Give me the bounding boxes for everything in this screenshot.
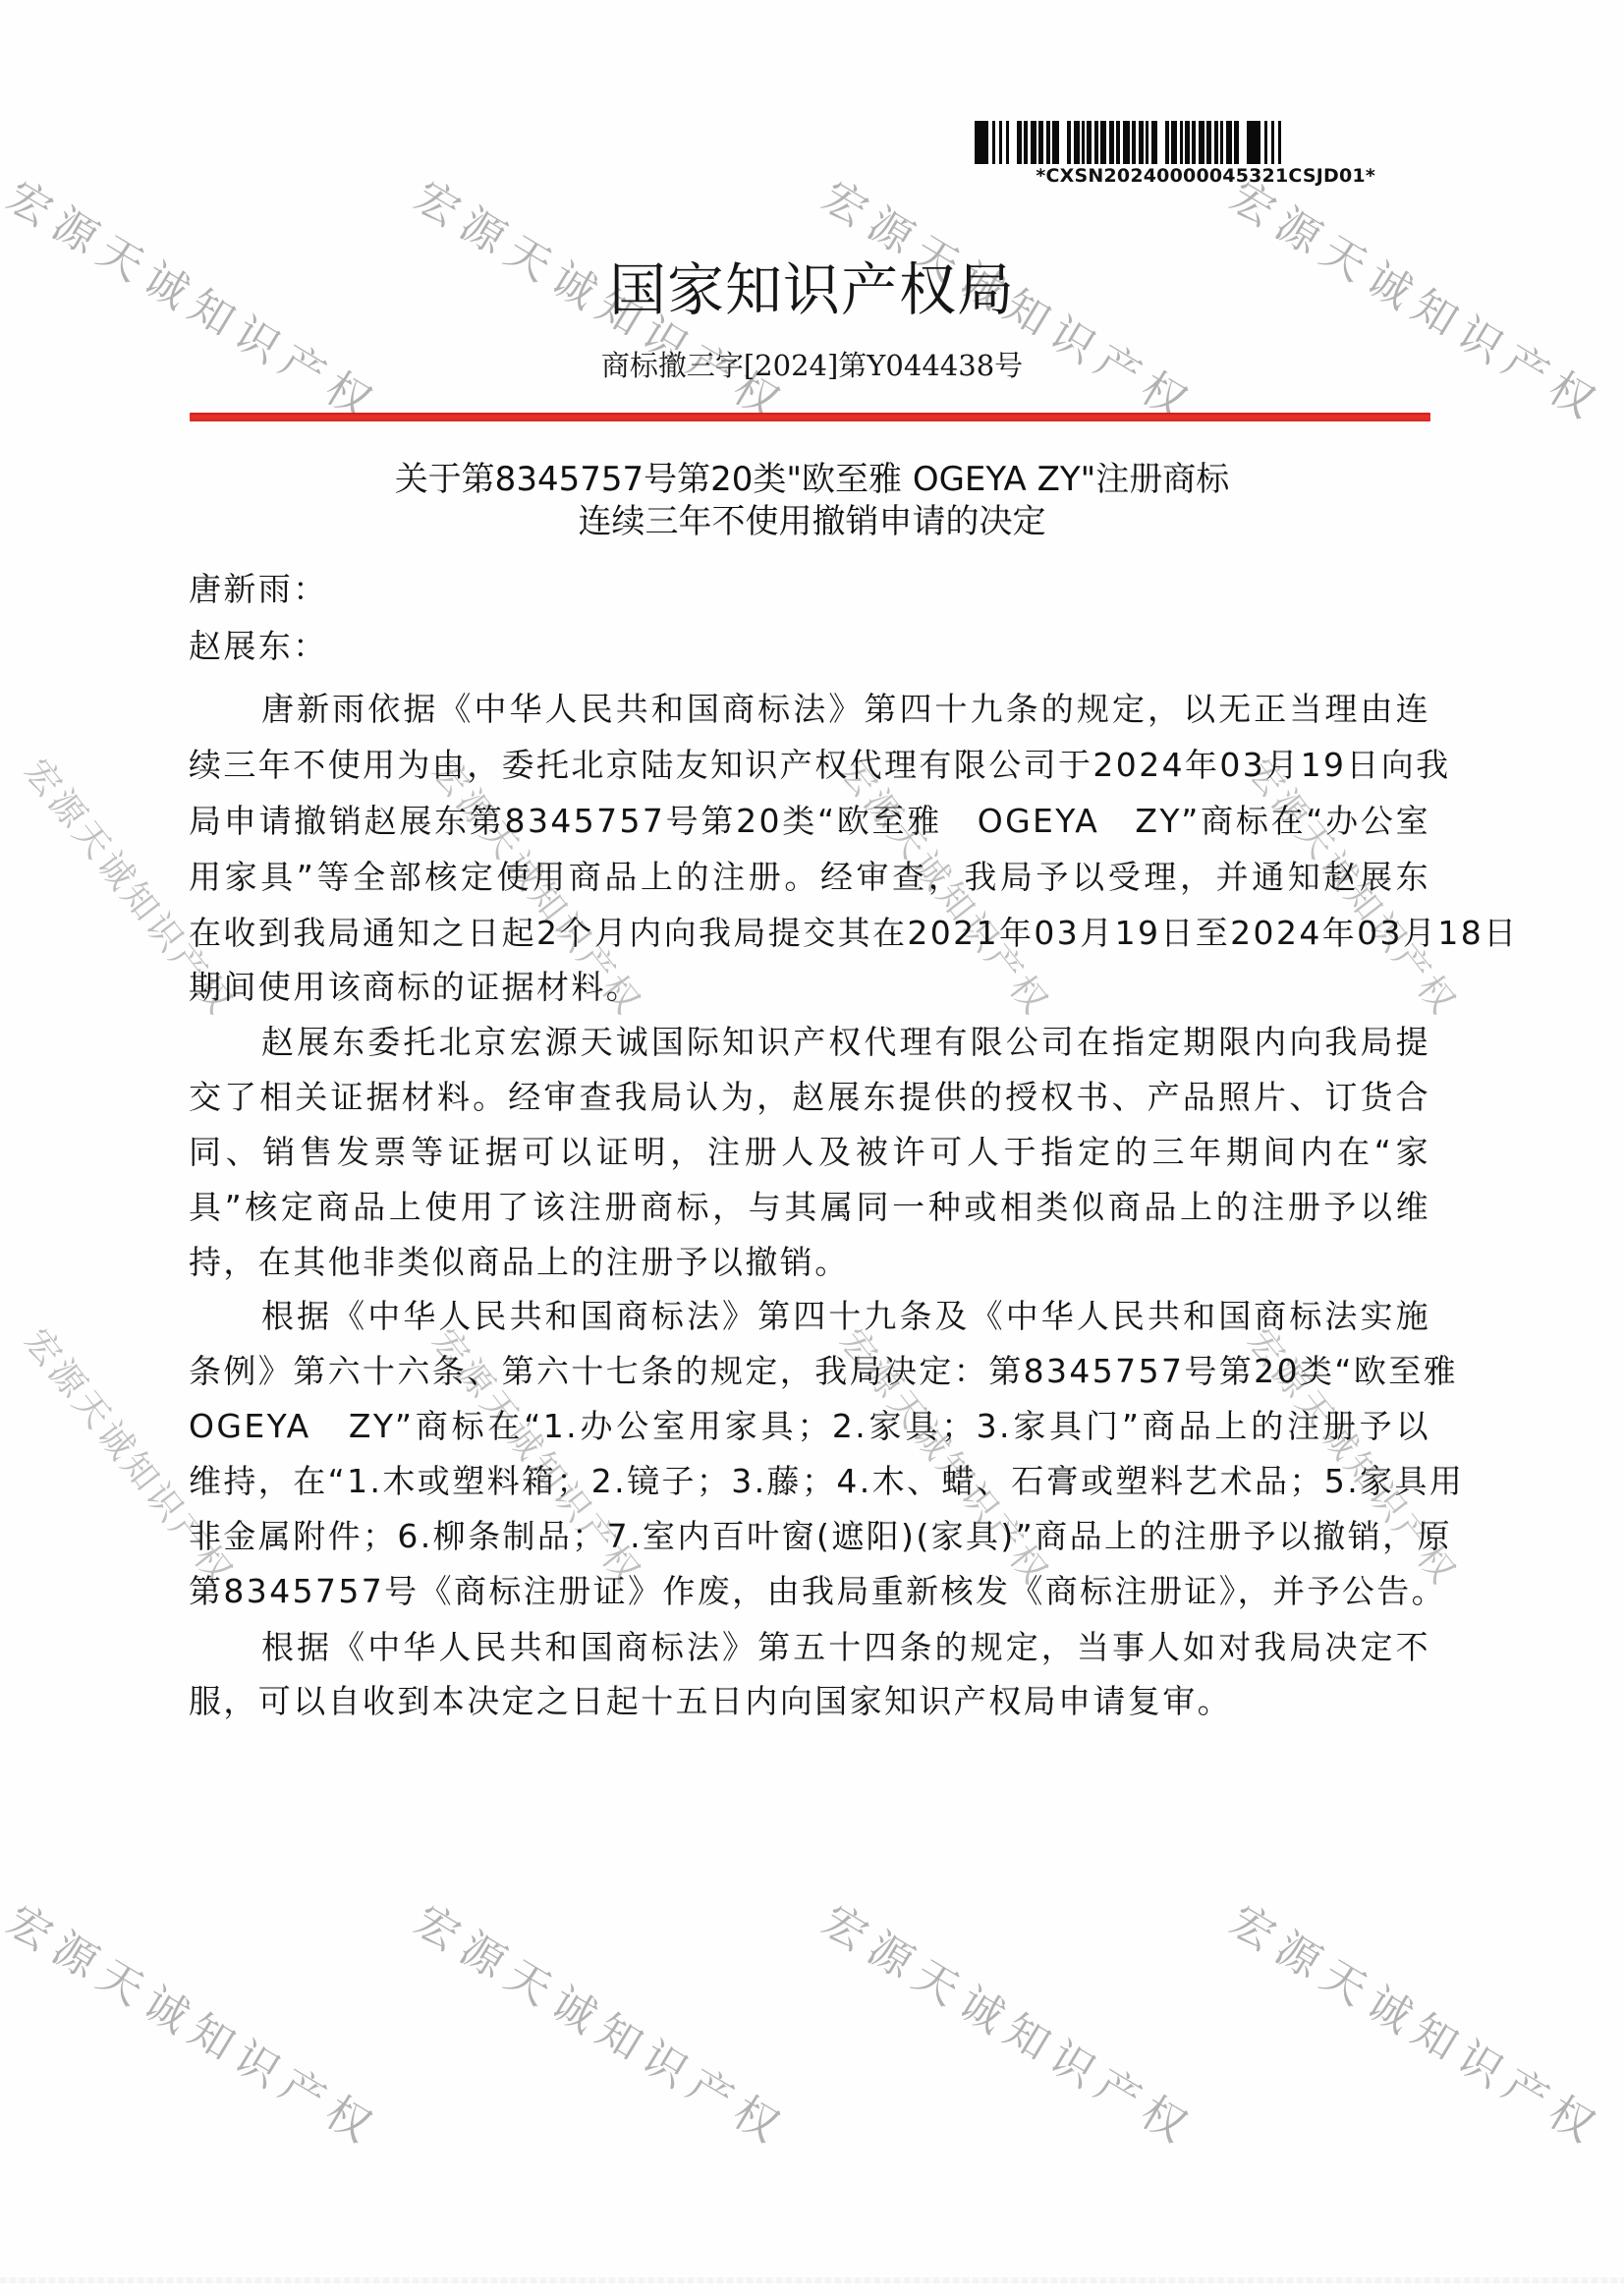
paragraph-line: 同、销售发票等证据可以证明，注册人及被许可人于指定的三年期间内在“家 <box>189 1133 1430 1172</box>
paragraph-line: 期间使用该商标的证据材料。 <box>189 968 1430 1007</box>
barcode-bar <box>975 121 988 164</box>
barcode-bar <box>1123 121 1130 164</box>
watermark: 宏源天诚知识产权 <box>0 1886 393 2158</box>
paragraph-line: 条例》第六十六条、第六十七条的规定，我局决定：第8345757号第20类“欧至雅 <box>189 1352 1430 1391</box>
addressee-applicant: 唐新雨： <box>189 570 1430 609</box>
barcode-code-text: *CXSN20240000045321CSJD01* <box>1022 165 1375 187</box>
paragraph-line: 局申请撤销赵展东第8345757号第20类“欧至雅 OGEYA ZY”商标在“办… <box>189 802 1430 841</box>
paragraph-line: 用家具”等全部核定使用商品上的注册。经审查，我局予以受理，并通知赵展东 <box>189 858 1430 897</box>
barcode-gap <box>1009 121 1017 164</box>
paragraph-line: 第8345757号《商标注册证》作废，由我局重新核发《商标注册证》，并予公告。 <box>189 1572 1430 1611</box>
barcode-gap <box>1239 121 1247 164</box>
paragraph-line: 维持，在“1.木或塑料箱；2.镜子；3.藤；4.木、蜡、石膏或塑料艺术品；5.家… <box>189 1462 1430 1501</box>
watermark: 宏源天诚知识产权 <box>1220 1886 1616 2158</box>
agency-name-heading: 国家知识产权局 <box>0 244 1624 326</box>
decision-title-line-2: 连续三年不使用撤销申请的决定 <box>0 494 1624 542</box>
paragraph-line: 根据《中华人民共和国商标法》第五十四条的规定，当事人如对我局决定不 <box>261 1628 1430 1667</box>
watermark: 宏源天诚知识产权 <box>405 1886 801 2158</box>
paragraph-line: 在收到我局通知之日起2个月内向我局提交其在2021年03月19日至2024年03… <box>189 914 1430 953</box>
paragraph-line: 具”核定商品上使用了该注册商标，与其属同一种或相类似商品上的注册予以维 <box>189 1188 1430 1227</box>
barcode-bar <box>1052 121 1059 164</box>
paragraph-line: 根据《中华人民共和国商标法》第四十九条及《中华人民共和国商标法实施 <box>261 1297 1430 1336</box>
paragraph-line: 非金属附件；6.柳条制品；7.室内百叶窗(遮阳)(家具)”商品上的注册予以撤销，… <box>189 1517 1430 1556</box>
barcode-bar <box>1278 121 1281 164</box>
document-number: 商标撤三字[2024]第Y044438号 <box>0 344 1624 384</box>
watermark: 宏源天诚知识产权 <box>812 1886 1208 2158</box>
paragraph-line: 续三年不使用为由，委托北京陆友知识产权代理有限公司于2024年03月19日向我 <box>189 746 1430 785</box>
red-divider-rule <box>190 413 1430 421</box>
paragraph-line: 赵展东委托北京宏源天诚国际知识产权代理有限公司在指定期限内向我局提 <box>261 1023 1430 1062</box>
scan-edge-artifact <box>0 2277 1624 2283</box>
barcode-gap <box>1059 121 1067 164</box>
decision-title-line-1: 关于第8345757号第20类"欧至雅 OGEYA ZY"注册商标 <box>0 452 1624 500</box>
document-page: 宏源天诚知识产权 宏源天诚知识产权 宏源天诚知识产权 宏源天诚知识产权 宏源天诚… <box>0 0 1624 2295</box>
paragraph-line: 持，在其他非类似商品上的注册予以撤销。 <box>189 1243 1430 1282</box>
paragraph-line: 唐新雨依据《中华人民共和国商标法》第四十九条的规定，以无正当理由连 <box>261 690 1430 729</box>
addressee-registrant: 赵展东： <box>189 627 1430 666</box>
barcode-bar <box>1247 121 1260 164</box>
paragraph-line: OGEYA ZY”商标在“1.办公室用家具；2.家具；3.家具门”商品上的注册予… <box>189 1407 1430 1446</box>
paragraph-line: 交了相关证据材料。经审查我局认为，赵展东提供的授权书、产品照片、订货合 <box>189 1078 1430 1117</box>
paragraph-line: 服，可以自收到本决定之日起十五日内向国家知识产权局申请复审。 <box>189 1682 1430 1721</box>
barcode-gap <box>1157 121 1165 164</box>
barcode-image <box>975 121 1372 164</box>
